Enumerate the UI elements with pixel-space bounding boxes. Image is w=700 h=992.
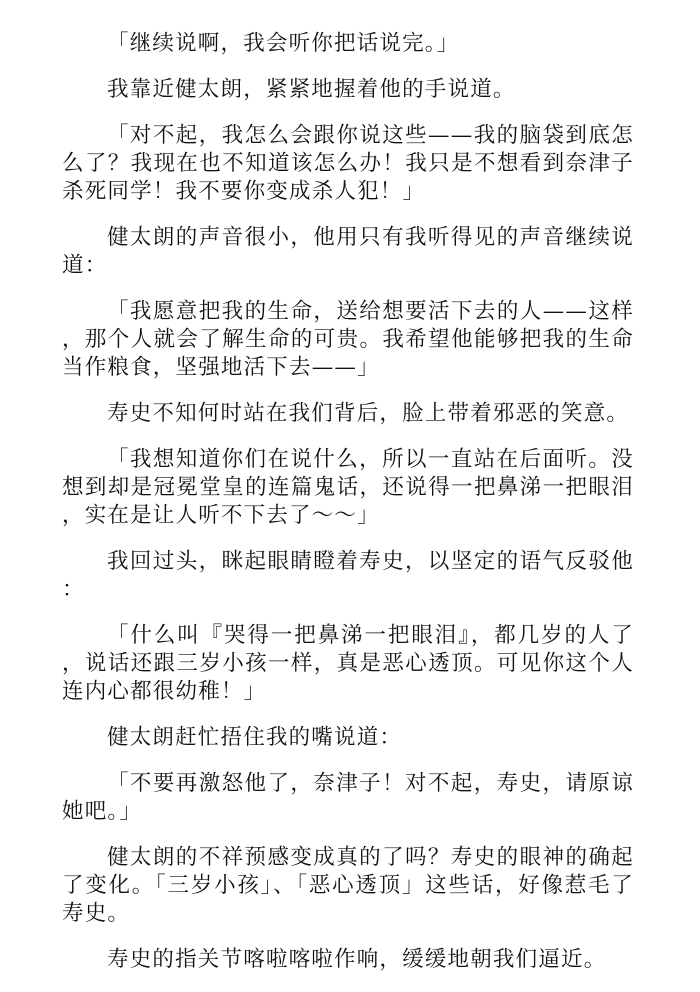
paragraph-narration: 健太朗的不祥预感变成真的了吗？寿史的眼神的确起了变化。「三岁小孩」、「恶心透顶」…	[62, 844, 634, 928]
paragraph-dialogue: 「我愿意把我的生命，送给想要活下去的人——这样，那个人就会了解生命的可贵。我希望…	[62, 298, 634, 382]
paragraph-dialogue: 「什么叫『哭得一把鼻涕一把眼泪』，都几岁的人了，说话还跟三岁小孩一样，真是恶心透…	[62, 622, 634, 706]
paragraph-dialogue: 「我想知道你们在说什么，所以一直站在后面听。没想到却是冠冕堂皇的连篇鬼话，还说得…	[62, 446, 634, 530]
paragraph-dialogue: 「对不起，我怎么会跟你说这些——我的脑袋到底怎么了？我现在也不知道该怎么办！我只…	[62, 122, 634, 206]
paragraph-narration: 我回过头，眯起眼睛瞪着寿史，以坚定的语气反驳他：	[62, 548, 634, 604]
paragraph-dialogue: 「继续说啊，我会听你把话说完。」	[62, 30, 634, 58]
paragraph-narration: 我靠近健太朗，紧紧地握着他的手说道。	[62, 76, 634, 104]
paragraph-dialogue: 「不要再激怒他了，奈津子！对不起，寿史，请原谅她吧。」	[62, 770, 634, 826]
paragraph-narration: 寿史不知何时站在我们背后，脸上带着邪恶的笑意。	[62, 400, 634, 428]
paragraph-narration: 健太朗赶忙捂住我的嘴说道：	[62, 724, 634, 752]
book-page: 「继续说啊，我会听你把话说完。」 我靠近健太朗，紧紧地握着他的手说道。 「对不起…	[62, 30, 634, 992]
paragraph-narration: 健太朗的声音很小，他用只有我听得见的声音继续说道：	[62, 224, 634, 280]
paragraph-narration: 寿史的指关节喀啦喀啦作响，缓缓地朝我们逼近。	[62, 946, 634, 974]
